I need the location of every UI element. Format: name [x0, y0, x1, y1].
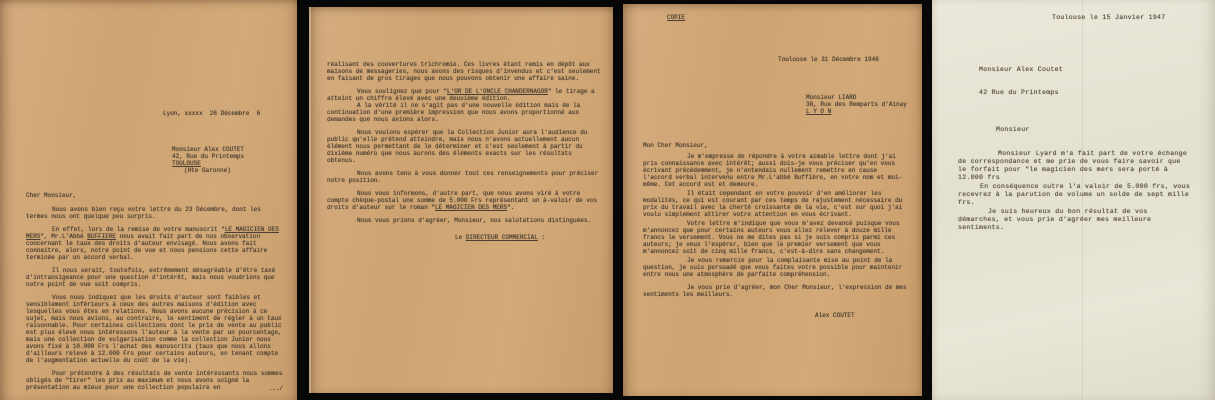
paragraph: Je vous remercie pour la complaisante mi…	[643, 257, 909, 278]
paragraph: Nous voulons espérer que la Collection J…	[327, 129, 603, 164]
salutation: Mon Cher Monsieur,	[643, 142, 909, 149]
book-title: LE MAGICIEN DES MERS	[435, 204, 507, 211]
recipient-line: (Hte Garonne)	[184, 167, 244, 174]
book-title: L'OR DE L'ONCLE CHANDERNAGOR	[447, 88, 548, 95]
letter-page-3: COPIE Toulouse le 31 Décembre 1946 Monsi…	[623, 4, 922, 396]
dateline: Toulouse le 15 Janvier 1947	[1052, 14, 1165, 22]
paragraph: Il était cependant en votre pouvoir d'en…	[643, 190, 909, 218]
letter-body: réalisant des couvertures trichromie. Ce…	[327, 61, 603, 241]
signature-text: :	[538, 234, 545, 241]
paragraph-text: ".	[507, 204, 514, 211]
paragraph-text: En effet, lors de la remise de votre man…	[52, 226, 225, 233]
recipient-city: L Y O N	[806, 108, 907, 115]
paragraph: En conséquence outre l'a valoir de 5.000…	[958, 183, 1192, 207]
paragraph: Il nous serait, toutefois, extrêmement d…	[26, 267, 284, 288]
recipient-line: Monsieur Alex COUTET	[172, 146, 244, 153]
paragraph: Je vous prie d'agréer, mon Cher Monsieur…	[643, 284, 909, 298]
letter-page-4: Toulouse le 15 Janvier 1947 Monsieur Ale…	[932, 0, 1215, 400]
paragraph-text: ", Mr.L'Abbé	[40, 233, 87, 240]
signature-text: Le	[455, 234, 466, 241]
recipient-line: 42 Rue du Printemps	[979, 89, 1063, 97]
recipient-line: Monsieur Alex Coutet	[979, 66, 1063, 74]
paragraph: Monsieur Lyard m'a fait part de votre éc…	[958, 150, 1192, 182]
paragraph: Je suis heureux du bon résultat de vos d…	[958, 208, 1192, 232]
recipient-block: Monsieur Alex Coutet 42 Rue du Printemps	[979, 66, 1063, 97]
paragraph-text: Vous soulignez que pour "	[357, 88, 447, 95]
recipient-block: Monsieur Alex COUTET 42, Rue du Printemp…	[172, 146, 244, 174]
paragraph: Nous avons bien reçu votre lettre du 23 …	[26, 206, 284, 220]
dateline: Lyon, xxxxx 26 Décembre 6	[163, 110, 260, 117]
paragraph: Vous nous indiquez que les droits d'aute…	[26, 294, 284, 364]
paragraph: En effet, lors de la remise de votre man…	[26, 226, 284, 261]
scan-edge-highlight	[309, 7, 311, 393]
letter-body: Monsieur Lyard m'a fait part de votre éc…	[958, 150, 1192, 233]
continuation-mark: .../	[269, 385, 283, 392]
signature-line: Alex COUTET	[815, 312, 909, 319]
paragraph: Votre lettre m'indique que vous m'avez d…	[643, 220, 909, 255]
dateline: Toulouse le 31 Décembre 1946	[778, 56, 879, 63]
paragraph: Nous vous informons, d'autre part, que n…	[327, 190, 603, 211]
salutation: Monsieur	[996, 126, 1030, 134]
paragraph: Je m'empresse de répondre à votre aimabl…	[643, 153, 909, 188]
paragraph: A la vérité il ne s'agit pas d'une nouve…	[327, 102, 603, 123]
letter-page-1: Lyon, xxxxx 26 Décembre 6 Monsieur Alex …	[0, 0, 297, 400]
recipient-line: 38, Rue des Remparts d'Ainay	[806, 101, 907, 108]
letter-body: Mon Cher Monsieur, Je m'empresse de répo…	[643, 142, 909, 319]
paragraph: réalisant des couvertures trichromie. Ce…	[327, 61, 603, 82]
person-name: BUFFIERE	[87, 233, 116, 240]
scanned-letters-strip: { "colors": { "background": "#070707", "…	[0, 0, 1215, 400]
paragraph: Pour prétendre à des résultats de vente …	[26, 370, 284, 391]
signature-role: DIRECTEUR COMMERCIAL	[466, 234, 538, 241]
letter-body: Cher Monsieur, Nous avons bien reçu votr…	[26, 192, 284, 391]
recipient-city: TOULOUSE	[172, 160, 244, 167]
recipient-block: Monsieur LIARD 38, Rue des Remparts d'Ai…	[806, 94, 907, 115]
copy-label: COPIE	[667, 14, 685, 21]
paragraph: Nous avons tenu à vous donner tout ces r…	[327, 170, 603, 184]
signature-line: Le DIRECTEUR COMMERCIAL :	[455, 234, 603, 241]
paragraph: Nous vous prions d'agréer, Monsieur, nos…	[327, 217, 603, 224]
recipient-line: Monsieur LIARD	[806, 94, 907, 101]
salutation: Cher Monsieur,	[26, 192, 284, 199]
paragraph: Vous soulignez que pour "L'OR DE L'ONCLE…	[327, 88, 603, 102]
letter-page-2: réalisant des couvertures trichromie. Ce…	[309, 7, 613, 393]
recipient-line: 42, Rue du Printemps	[172, 153, 244, 160]
